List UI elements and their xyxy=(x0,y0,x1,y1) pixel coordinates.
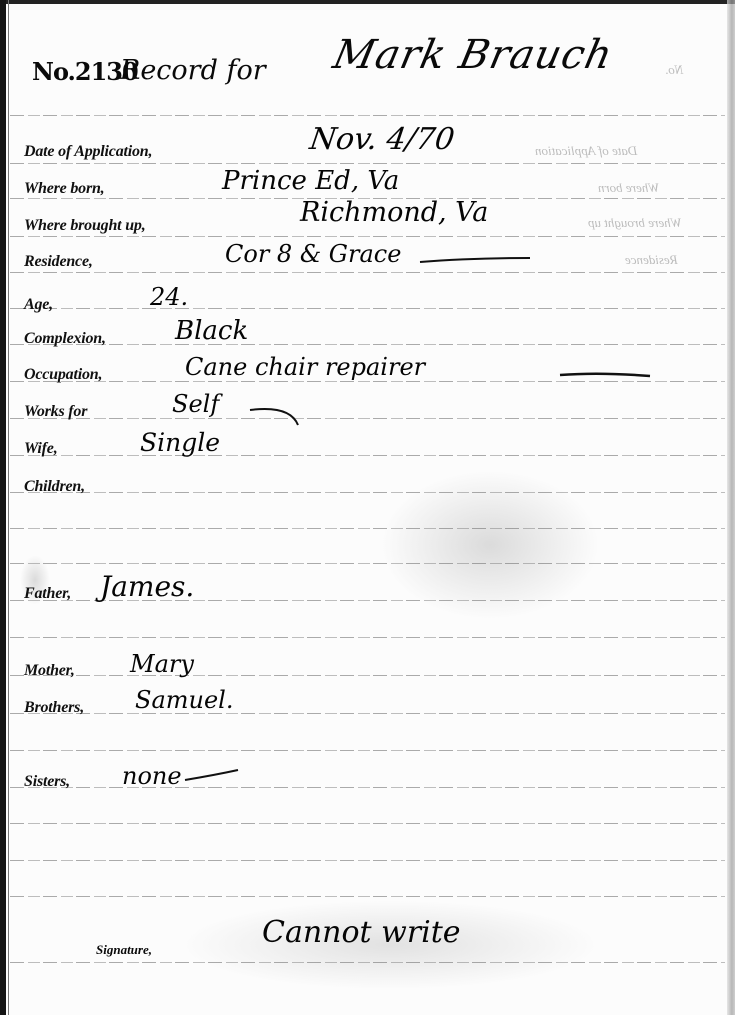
pen-strokes xyxy=(0,0,735,1015)
signature-label: Signature, xyxy=(96,942,152,958)
document-page: No.2130 Record for Mark Brauch No. Date … xyxy=(0,0,735,1015)
signature-value: Cannot write xyxy=(262,915,461,950)
